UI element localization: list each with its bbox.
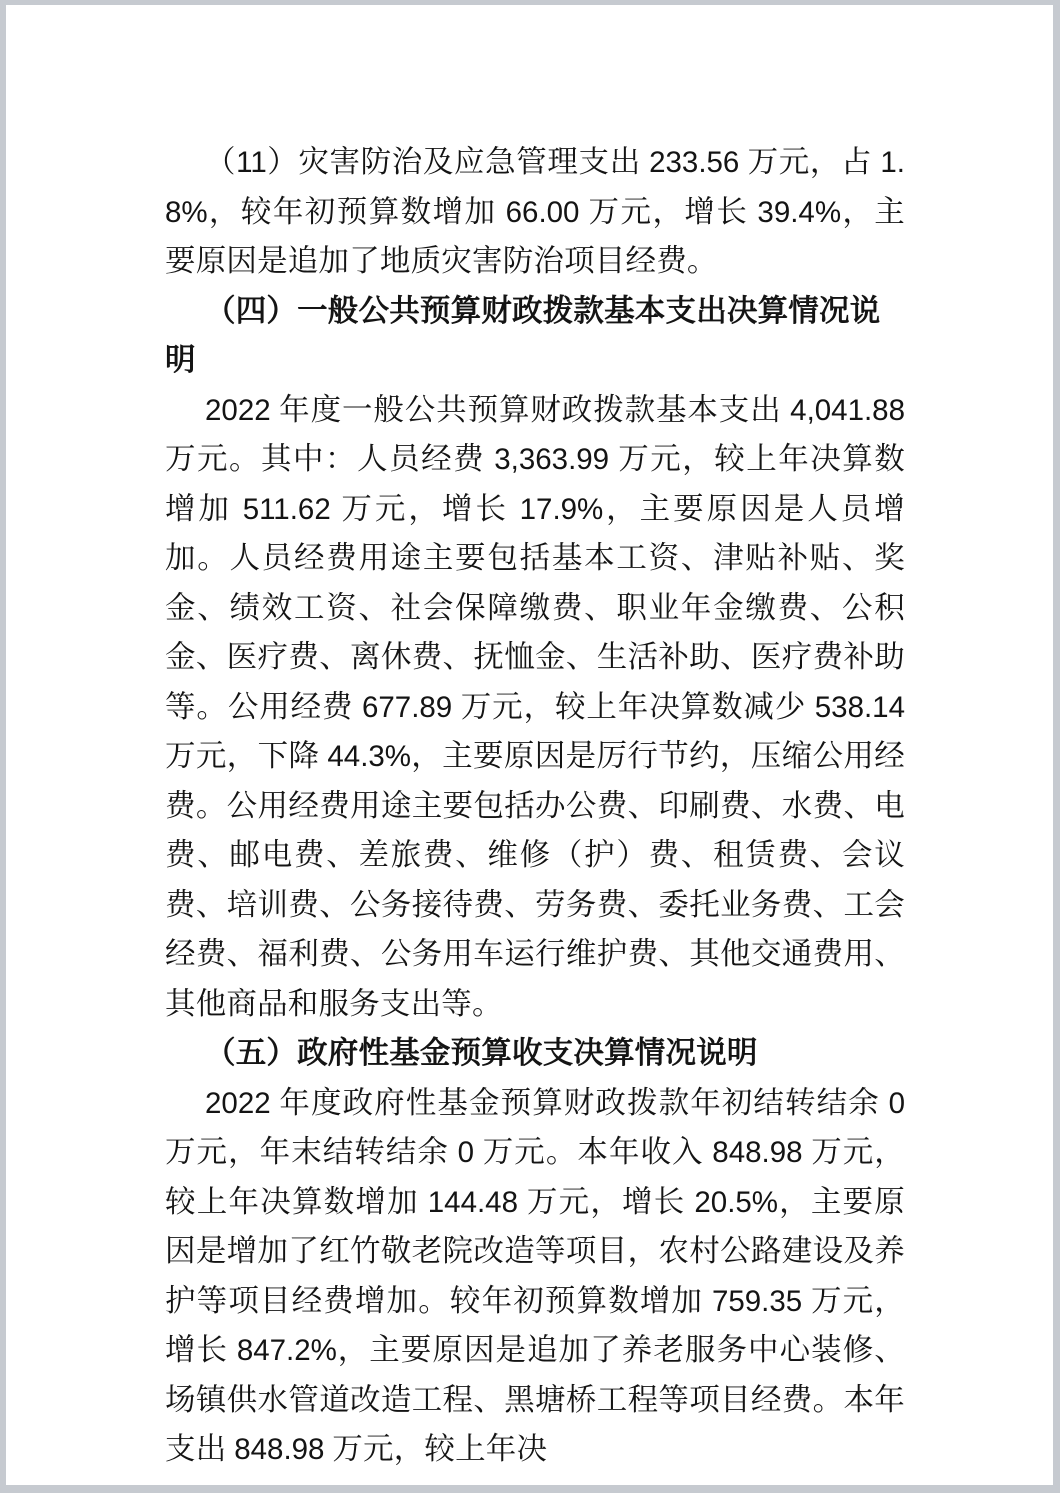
text-run: ，主要原因是厉行节约，压缩公用经费。公用经费用途主要包括办公费、印刷费、水费、电… <box>165 739 905 1021</box>
numeric-value: 17.9% <box>520 493 604 526</box>
numeric-value: 3,363.99 <box>494 443 609 476</box>
document-viewport: （11）灾害防治及应急管理支出 233.56 万元，占 1.8%，较年初预算数增… <box>0 0 1060 1493</box>
numeric-value: 511.62 <box>243 493 331 526</box>
numeric-value: 20.5% <box>694 1186 778 1219</box>
numeric-value: 39.4% <box>757 196 841 229</box>
document-page: （11）灾害防治及应急管理支出 233.56 万元，占 1.8%，较年初预算数增… <box>6 5 1053 1485</box>
numeric-value: 848.98 <box>234 1433 324 1466</box>
text-run: ，较年初预算数增加 <box>208 195 506 229</box>
text-run: 年度一般公共预算财政拨款基本支出 <box>271 393 791 427</box>
numeric-value: 847.2% <box>237 1334 337 1367</box>
numeric-value: 759.35 <box>712 1285 802 1318</box>
numeric-value: 848.98 <box>712 1136 802 1169</box>
heading-section-5-gov-fund-budget: （五）政府性基金预算收支决算情况说明 <box>165 1029 905 1079</box>
numeric-value: 0 <box>889 1087 905 1120</box>
para-item-11-disaster-prevention: （11）灾害防治及应急管理支出 233.56 万元，占 1.8%，较年初预算数增… <box>165 138 905 287</box>
document-body: （11）灾害防治及应急管理支出 233.56 万元，占 1.8%，较年初预算数增… <box>6 5 1053 1485</box>
text-run: 万元，下降 <box>165 739 327 773</box>
text-run: 万元，增长 <box>518 1185 694 1219</box>
numeric-value: 44.3% <box>327 740 411 773</box>
numeric-value: 0 <box>458 1136 474 1169</box>
para-section-5-gov-fund-budget: 2022 年度政府性基金预算财政拨款年初结转结余 0 万元，年末结转结余 0 万… <box>165 1079 905 1475</box>
text-run: 万元。其中：人员经费 <box>165 442 494 476</box>
numeric-value: 144.48 <box>428 1186 518 1219</box>
text-run: 万元，占 <box>739 145 880 179</box>
heading-section-4-basic-expenditure: （四）一般公共预算财政拨款基本支出决算情况说明 <box>165 287 905 386</box>
text-run: （四）一般公共预算财政拨款基本支出决算情况说明 <box>165 294 880 378</box>
text-run: 万元，增长 <box>579 195 757 229</box>
text-run: ）灾害防治及应急管理支出 <box>267 145 649 179</box>
text-run: （ <box>205 145 236 179</box>
text-run: 万元，较上年决算数减少 <box>452 690 815 724</box>
text-run: 万元，较上年决 <box>324 1432 547 1466</box>
numeric-value: 2022 <box>205 1087 271 1120</box>
para-section-4-basic-expenditure: 2022 年度一般公共预算财政拨款基本支出 4,041.88 万元。其中：人员经… <box>165 386 905 1030</box>
text-run: 万元。本年收入 <box>474 1135 712 1169</box>
numeric-value: 538.14 <box>815 691 905 724</box>
numeric-value: 66.00 <box>506 196 580 229</box>
numeric-value: 2022 <box>205 394 271 427</box>
text-run: （五）政府性基金预算收支决算情况说明 <box>205 1036 758 1070</box>
numeric-value: 233.56 <box>649 146 739 179</box>
text-run: 万元，年末结转结余 <box>165 1135 458 1169</box>
text-run: 年度政府性基金预算财政拨款年初结转结余 <box>271 1086 889 1120</box>
numeric-value: 677.89 <box>362 691 452 724</box>
numeric-value: 4,041.88 <box>790 394 905 427</box>
text-run: 万元，增长 <box>331 492 520 526</box>
numeric-value: 11 <box>236 146 267 179</box>
